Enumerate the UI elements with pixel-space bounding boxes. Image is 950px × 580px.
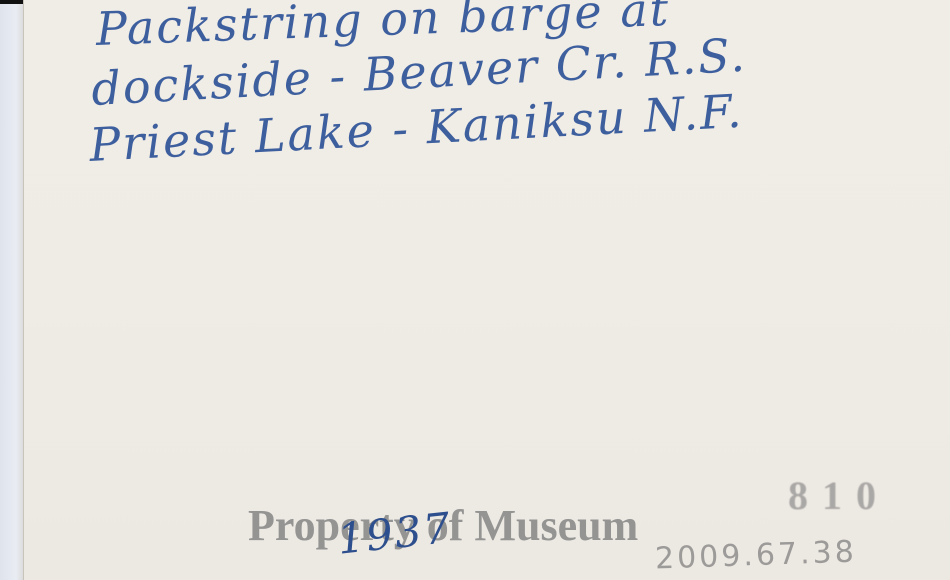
catalog-number: 2009.67.38 [654,534,857,576]
scanner-edge-bar [0,0,23,4]
stamped-number: 810 [788,472,890,519]
scanner-bed-edge [0,0,23,580]
